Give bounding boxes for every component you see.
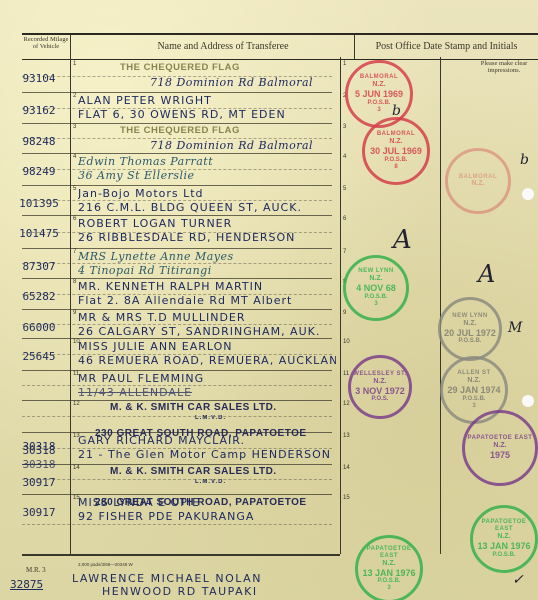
row-number: 5 bbox=[73, 186, 76, 192]
transferee-name: GARY RICHARD MAYCLAIR. bbox=[78, 434, 336, 447]
stamp-country: N.Z. bbox=[463, 320, 476, 328]
stamp-slot-number: 11 bbox=[343, 371, 349, 377]
final-address: HENWOOD RD TAUPAKI bbox=[72, 585, 262, 598]
stamp-type: P.O.S.B. bbox=[459, 338, 482, 345]
row-rule bbox=[22, 185, 332, 186]
stamp-date: 1975 bbox=[490, 450, 510, 460]
initial-mark: ✓ bbox=[512, 572, 524, 588]
initial-mark: A bbox=[478, 260, 495, 288]
stamp-office: BALMORAL bbox=[377, 131, 415, 138]
row-rule bbox=[22, 400, 332, 401]
stamp-date: 30 JUL 1969 bbox=[370, 146, 422, 156]
transferee-name: MR. KENNETH RALPH MARTIN bbox=[78, 280, 336, 293]
row-rule bbox=[22, 278, 332, 279]
stamp-type: P.O.S.B. bbox=[493, 552, 516, 559]
initial-mark: b bbox=[520, 152, 529, 168]
post-office-stamp: NEW LYNNN.Z.4 NOV 68P.O.S.B.3 bbox=[343, 255, 409, 321]
transferee-address: FLAT 6, 30 OWENS RD, MT EDEN bbox=[78, 108, 336, 121]
transferee-address: 92 FISHER PDE PAKURANGA bbox=[78, 510, 336, 523]
final-mileage: 32875 bbox=[10, 578, 43, 591]
stamp-country: N.Z. bbox=[373, 378, 386, 386]
stamp-type: P.O.S.B. bbox=[463, 396, 486, 403]
recorded-mileage: 98249 bbox=[8, 165, 70, 178]
recorded-mileage: 98248 bbox=[8, 135, 70, 148]
transferee-address: 21 - The Glen Motor Camp HENDERSON bbox=[78, 448, 336, 461]
stamp-number: 3 bbox=[387, 585, 390, 592]
stamp-country: N.Z. bbox=[369, 275, 382, 283]
stamp-number: 3 bbox=[472, 403, 475, 410]
post-office-stamp: PAPATOETOE EASTN.Z.13 JAN 1976P.O.S.B. bbox=[470, 505, 538, 573]
row-rule bbox=[22, 153, 332, 154]
stamp-date: 4 NOV 68 bbox=[356, 283, 396, 293]
stamp-office: PAPATOETOE EAST bbox=[358, 546, 420, 560]
row-rule bbox=[22, 494, 332, 495]
transferee-address: 4 Tinopai Rd Titirangi bbox=[78, 264, 336, 277]
stamp-number: 3 bbox=[374, 301, 377, 308]
stamp-slot-number: 13 bbox=[343, 433, 350, 439]
stamp-number: 8 bbox=[394, 164, 397, 171]
stamp-date: 13 JAN 1976 bbox=[362, 568, 415, 578]
stamp-country: N.Z. bbox=[389, 138, 402, 146]
stamp-date: 29 JAN 1974 bbox=[447, 385, 500, 395]
transferee-name: MISS LYNDA E OPIE bbox=[78, 496, 336, 509]
recorded-mileage: 30917 bbox=[8, 476, 70, 489]
final-transferee: LAWRENCE MICHAEL NOLAN HENWOOD RD TAUPAK… bbox=[72, 572, 262, 598]
vehicle-ownership-record: Recorded Milage of Vehicle Name and Addr… bbox=[0, 0, 538, 600]
post-office-stamp: NEW LYNNN.Z.20 JUL 1972P.O.S.B. bbox=[438, 297, 502, 361]
recorded-mileage: 65282 bbox=[8, 290, 70, 303]
post-office-stamp: PAPATOETOE EASTN.Z.13 JAN 1976P.O.S.B.3 bbox=[355, 535, 423, 600]
transferee-name: ALAN PETER WRIGHT bbox=[78, 94, 336, 107]
stamp-country: N.Z. bbox=[467, 377, 480, 385]
stamp-office: BALMORAL bbox=[459, 174, 497, 181]
stamp-slot-number: 10 bbox=[343, 339, 350, 345]
recorded-mileage: 93104 bbox=[8, 72, 70, 85]
row-rule bbox=[22, 123, 332, 124]
stamp-office: WELLESLEY ST. bbox=[353, 371, 406, 378]
final-name: LAWRENCE MICHAEL NOLAN bbox=[72, 572, 262, 585]
recorded-mileage: 101395 bbox=[8, 197, 70, 210]
stamp-type: P.O.S.B. bbox=[365, 294, 388, 301]
stamp-type: P.O.S.B. bbox=[385, 157, 408, 164]
transferee-name: Jan-Bojo Motors Ltd bbox=[78, 187, 336, 200]
stamp-slot-number: 5 bbox=[343, 186, 346, 192]
table-header: Recorded Milage of Vehicle Name and Addr… bbox=[22, 33, 538, 60]
row-rule bbox=[22, 215, 332, 216]
print-info: 2,000 pads/3/68—20348 W bbox=[78, 562, 133, 567]
row-number: 8 bbox=[73, 279, 76, 285]
row-midline bbox=[22, 524, 332, 525]
post-office-stamp: BALMORALN.Z. bbox=[445, 148, 511, 214]
row-number: 4 bbox=[73, 154, 76, 160]
transferee-name: M. & K. SMITH CAR SALES LTD. bbox=[110, 466, 368, 477]
row-number: 7 bbox=[73, 249, 76, 255]
punch-hole bbox=[522, 188, 534, 200]
post-office-stamp: PAPATOETOE EASTN.Z.1975 bbox=[462, 410, 538, 486]
row-rule bbox=[22, 309, 332, 310]
stamp-number: 3 bbox=[377, 107, 380, 114]
transferee-address: 46 REMUERA ROAD, REMUERA, AUCKLAND 5. bbox=[78, 354, 336, 367]
transferee-name: ROBERT LOGAN TURNER bbox=[78, 217, 336, 230]
stamp-date: 5 JUN 1969 bbox=[355, 89, 403, 99]
stamp-office: NEW LYNN bbox=[452, 313, 487, 320]
transferee-address: 216 C.M.L. BLDG QUEEN ST, AUCK. bbox=[78, 201, 336, 214]
transferee-address: 26 RIBBLESDALE RD, HENDERSON bbox=[78, 231, 336, 244]
stamp-date: 13 JAN 1976 bbox=[477, 541, 530, 551]
stamp-office: BALMORAL bbox=[360, 74, 398, 81]
stamp-slot-number: 4 bbox=[343, 154, 346, 160]
stamp-country: N.Z. bbox=[497, 533, 510, 541]
recorded-mileage: 93162 bbox=[8, 104, 70, 117]
recorded-mileage: 66000 bbox=[8, 321, 70, 334]
dealer-licence: L.M.V.D. bbox=[195, 415, 453, 421]
row-rule bbox=[22, 92, 332, 93]
row-number: 12 bbox=[73, 401, 80, 407]
stamp-slot-number: 15 bbox=[343, 495, 350, 501]
transferee-name: THE CHEQUERED FLAG bbox=[120, 125, 378, 136]
transferee-name: MISS JULIE ANN EARLON bbox=[78, 340, 336, 353]
stamp-slot-number: 6 bbox=[343, 216, 346, 222]
dealer-licence: L.M.V.D. bbox=[195, 479, 453, 485]
recorded-mileage: 30917 bbox=[8, 506, 70, 519]
impression-note: Please make clear impressions. bbox=[470, 60, 538, 74]
transferee-address: Flat 2. 8A Allendale Rd MT Albert bbox=[78, 294, 336, 307]
post-office-stamp: WELLESLEY ST.N.Z.3 NOV 1972P.O.S. bbox=[348, 355, 412, 419]
stamp-date: 20 JUL 1972 bbox=[444, 328, 496, 338]
row-rule bbox=[22, 338, 332, 339]
transferee-address: 26 CALGARY ST, SANDRINGHAM, AUK. bbox=[78, 325, 336, 338]
table-bottom-rule bbox=[22, 554, 340, 556]
recorded-mileage: 87307 bbox=[8, 260, 70, 273]
initial-mark: A bbox=[393, 225, 412, 255]
transferee-name: MR & MRS T.D MULLINDER bbox=[78, 311, 336, 324]
stamp-office: PAPATOETOE EAST bbox=[473, 519, 535, 533]
transferee-name: THE CHEQUERED FLAG bbox=[120, 62, 378, 73]
transferee-name: Edwin Thomas Parratt bbox=[78, 155, 336, 168]
stamp-type: P.O.S.B. bbox=[378, 578, 401, 585]
recorded-mileage: 101475 bbox=[8, 227, 70, 240]
stamp-country: N.Z. bbox=[493, 442, 506, 450]
stamp-country: N.Z. bbox=[382, 560, 395, 568]
stamp-country: N.Z. bbox=[372, 81, 385, 89]
transferee-name: MR PAUL FLEMMING bbox=[78, 372, 336, 385]
stamp-type: P.O.S.B. bbox=[368, 100, 391, 107]
transferee-name: M. & K. SMITH CAR SALES LTD. bbox=[110, 402, 368, 413]
stamp-type: P.O.S. bbox=[372, 396, 389, 403]
stamp-office: NEW LYNN bbox=[358, 268, 393, 275]
row-number: 3 bbox=[73, 124, 76, 130]
recorded-mileage: 25645 bbox=[8, 350, 70, 363]
initial-mark: M bbox=[508, 320, 522, 336]
header-mileage: Recorded Milage of Vehicle bbox=[22, 35, 71, 59]
transferee-address: 36 Amy St Ellerslie bbox=[78, 169, 336, 182]
header-name-address: Name and Address of Transferee bbox=[92, 41, 354, 52]
header-post-office: Post Office Date Stamp and Initials bbox=[354, 35, 538, 59]
stamp-date: 3 NOV 1972 bbox=[355, 386, 405, 396]
punch-hole bbox=[522, 395, 534, 407]
row-rule bbox=[22, 370, 332, 371]
stamp-slot-number: 9 bbox=[343, 310, 346, 316]
row-number: 2 bbox=[73, 93, 76, 99]
row-number: 6 bbox=[73, 216, 76, 222]
row-number: 9 bbox=[73, 310, 76, 316]
row-number: 14 bbox=[73, 465, 80, 471]
recorded-mileage: 30318 bbox=[8, 444, 70, 457]
transferee-name: MRS Lynette Anne Mayes bbox=[78, 250, 336, 263]
form-code: M.R. 3 bbox=[26, 566, 46, 574]
post-office-stamp: BALMORALN.Z.30 JUL 1969P.O.S.B.8 bbox=[362, 117, 430, 185]
struck-mileage: 30318 bbox=[8, 458, 70, 471]
stamp-slot-number: 7 bbox=[343, 249, 346, 255]
stamp-office: ALLEN ST bbox=[457, 370, 490, 377]
row-number: 1 bbox=[73, 61, 76, 67]
stamp-office: PAPATOETOE EAST bbox=[468, 435, 533, 442]
stamp-country: N.Z. bbox=[471, 180, 484, 188]
initial-mark: b bbox=[392, 103, 401, 119]
transferee-address: 11/43 ALLENDALE bbox=[78, 386, 336, 399]
row-rule bbox=[22, 248, 332, 249]
